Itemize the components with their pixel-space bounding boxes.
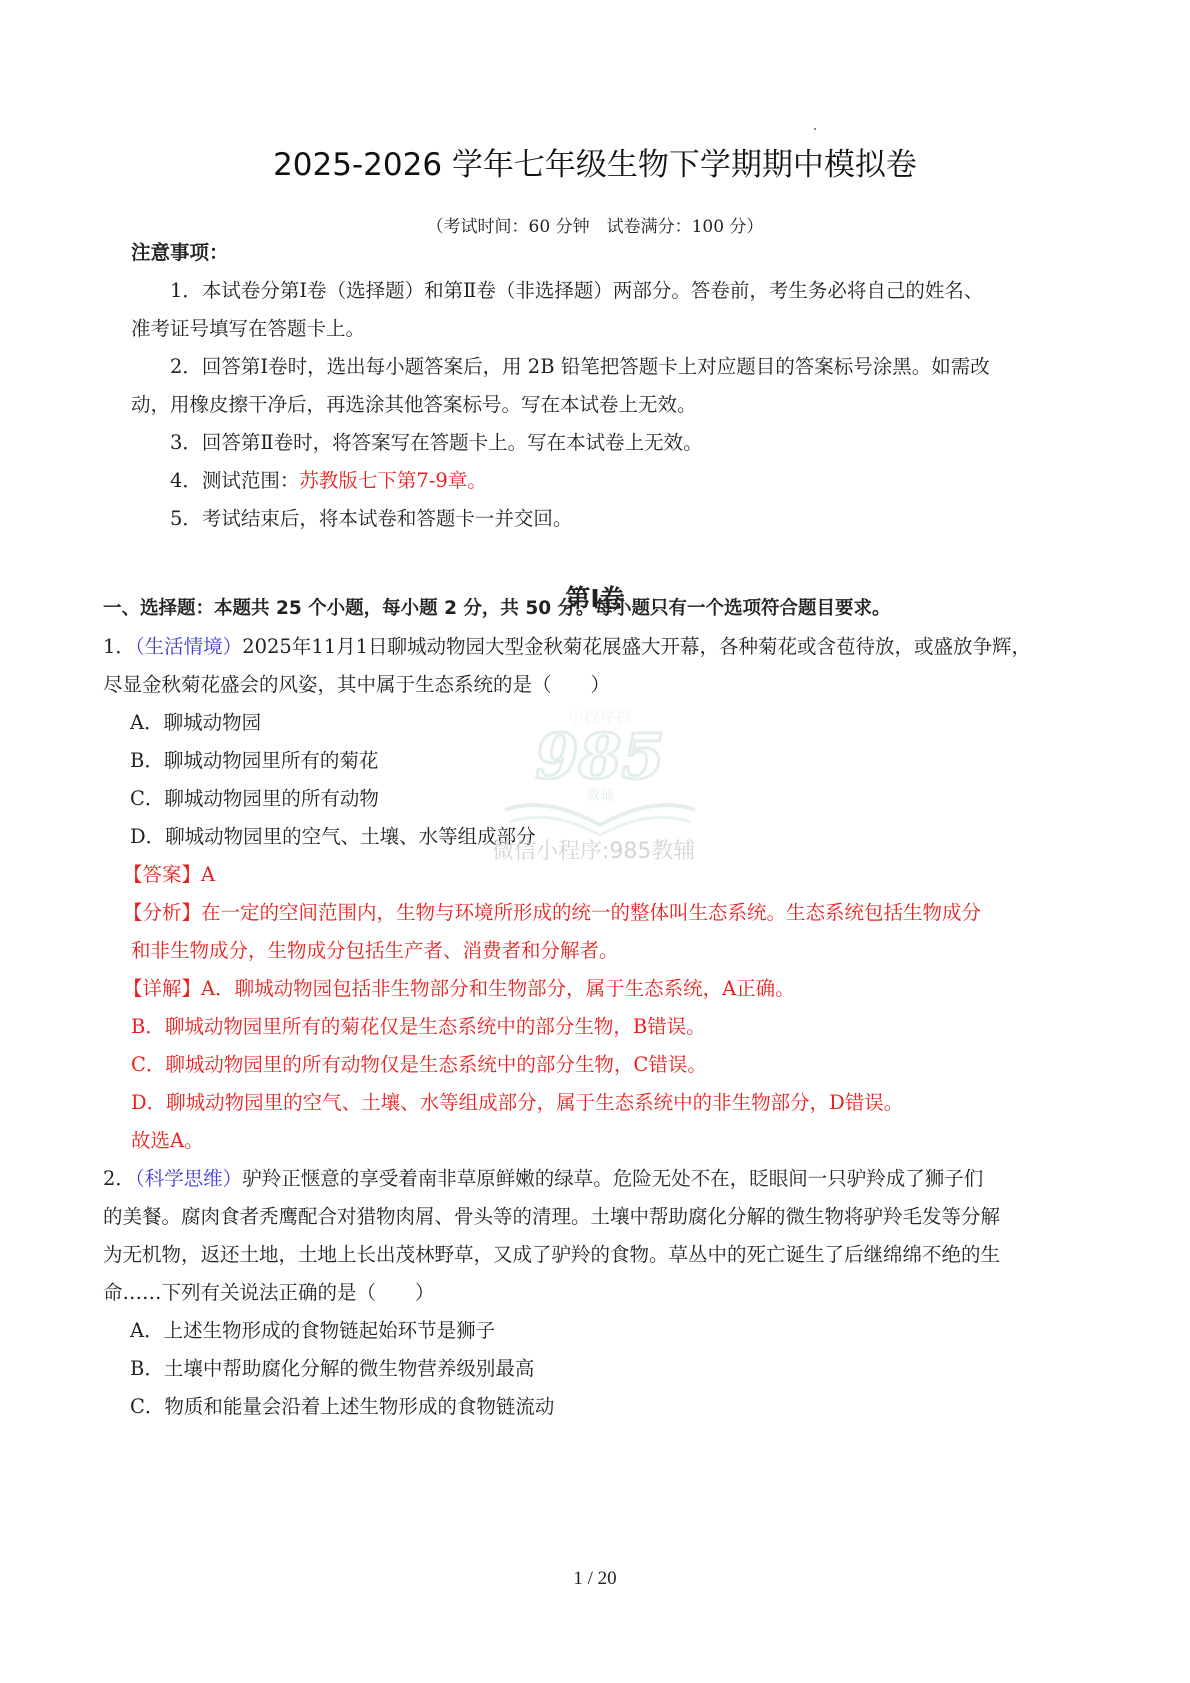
note-5: 5．考试结束后，将本试卷和答题卡一并交回。 bbox=[170, 506, 572, 532]
question-tag: （科学思维） bbox=[135, 1167, 242, 1190]
question-2-stem-line-1: 2．（科学思维）驴羚正惬意的享受着南非草原鲜嫩的绿草。危险无处不在，眨眼间一只驴… bbox=[103, 1166, 983, 1192]
question-2-stem-text: 驴羚正惬意的享受着南非草原鲜嫩的绿草。危险无处不在，眨眼间一只驴羚成了狮子们 bbox=[242, 1167, 983, 1190]
question-1-explanation-a: 【详解】A．聊城动物园包括非生物部分和生物部分，属于生态系统，A正确。 bbox=[123, 976, 795, 1002]
question-number: 2． bbox=[103, 1167, 135, 1190]
svg-text:小程序搜: 小程序搜 bbox=[568, 707, 632, 726]
note-2-line-2: 动，用橡皮擦干净后，再选涂其他答案标号。写在本试卷上无效。 bbox=[131, 392, 697, 418]
question-2-option-c: C．物质和能量会沿着上述生物形成的食物链流动 bbox=[130, 1394, 554, 1420]
question-number: 1． bbox=[103, 635, 135, 658]
question-1-conclusion: 故选A。 bbox=[131, 1128, 204, 1154]
note-2-line-1: 2．回答第Ⅰ卷时，选出每小题答案后，用 2B 铅笔把答题卡上对应题目的答案标号涂… bbox=[170, 354, 990, 380]
question-2-option-b: B．土壤中帮助腐化分解的微生物营养级别最高 bbox=[130, 1356, 534, 1382]
question-1-analysis-line-1: 【分析】在一定的空间范围内，生物与环境所形成的统一的整体叫生态系统。生态系统包括… bbox=[123, 900, 981, 926]
question-2-stem-line-3: 为无机物，返还土地，土地上长出茂林野草，又成了驴羚的食物。草丛中的死亡诞生了后继… bbox=[103, 1242, 1000, 1268]
page-title: 2025-2026 学年七年级生物下学期期中模拟卷 bbox=[0, 145, 1190, 185]
svg-text:教辅: 教辅 bbox=[586, 787, 614, 804]
question-1-stem-line-1: 1．（生活情境）2025年11月1日聊城动物园大型金秋菊花展盛大开幕，各种菊花或… bbox=[103, 634, 1031, 660]
question-2-stem-line-2: 的美餐。腐肉食者秃鹰配合对猎物肉屑、骨头等的清理。土壤中帮助腐化分解的微生物将驴… bbox=[103, 1204, 1000, 1230]
note-4: 4．测试范围：苏教版七下第7-9章。 bbox=[170, 468, 487, 494]
question-1-option-c: C．聊城动物园里的所有动物 bbox=[130, 786, 379, 812]
exam-info: （考试时间：60 分钟 试卷满分：100 分） bbox=[0, 215, 1190, 239]
question-1-answer: 【答案】A bbox=[123, 862, 215, 888]
question-1-analysis-line-2: 和非生物成分，生物成分包括生产者、消费者和分解者。 bbox=[131, 938, 619, 964]
document-page: 2025-2026 学年七年级生物下学期期中模拟卷 （考试时间：60 分钟 试卷… bbox=[0, 0, 1190, 1683]
question-1-explanation-b: B．聊城动物园里所有的菊花仅是生态系统中的部分生物，B错误。 bbox=[131, 1014, 706, 1040]
question-1-option-b: B．聊城动物园里所有的菊花 bbox=[130, 748, 378, 774]
part-heading: 一、选择题：本题共 25 个小题，每小题 2 分，共 50 分。每小题只有一个选… bbox=[103, 596, 891, 622]
question-2-option-a: A．上述生物形成的食物链起始环节是狮子 bbox=[130, 1318, 495, 1344]
page-number: 1 / 20 bbox=[0, 1568, 1190, 1590]
question-1-explanation-d: D．聊城动物园里的空气、土壤、水等组成部分，属于生态系统中的非生物部分，D错误。 bbox=[131, 1090, 903, 1116]
test-scope: 苏教版七下第7-9章。 bbox=[299, 469, 486, 492]
note-1-line-2: 准考证号填写在答题卡上。 bbox=[131, 316, 365, 342]
stray-dot bbox=[814, 128, 816, 130]
watermark-caption: 微信小程序:985教辅 bbox=[492, 834, 695, 865]
question-1-option-d: D．聊城动物园里的空气、土壤、水等组成部分 bbox=[130, 824, 536, 850]
question-1-option-a: A．聊城动物园 bbox=[130, 710, 261, 736]
note-1-line-1: 1．本试卷分第Ⅰ卷（选择题）和第Ⅱ卷（非选择题）两部分。答卷前，考生务必将自己的… bbox=[170, 278, 983, 304]
question-1-explanation-c: C．聊城动物园里的所有动物仅是生态系统中的部分生物，C错误。 bbox=[131, 1052, 707, 1078]
note-4-prefix: 4．测试范围： bbox=[170, 469, 299, 492]
question-2-stem-line-4: 命……下列有关说法正确的是（ ） bbox=[103, 1280, 435, 1306]
svg-text:985: 985 bbox=[535, 720, 664, 793]
question-tag: （生活情境） bbox=[135, 635, 242, 658]
question-1-stem-line-2: 尽显金秋菊花盛会的风姿，其中属于生态系统的是（ ） bbox=[103, 672, 610, 698]
question-1-stem-text: 2025年11月1日聊城动物园大型金秋菊花展盛大开幕，各种菊花或含苞待放，或盛放… bbox=[242, 635, 1031, 658]
note-3: 3．回答第Ⅱ卷时，将答案写在答题卡上。写在本试卷上无效。 bbox=[170, 430, 703, 456]
notes-heading: 注意事项： bbox=[131, 240, 229, 266]
